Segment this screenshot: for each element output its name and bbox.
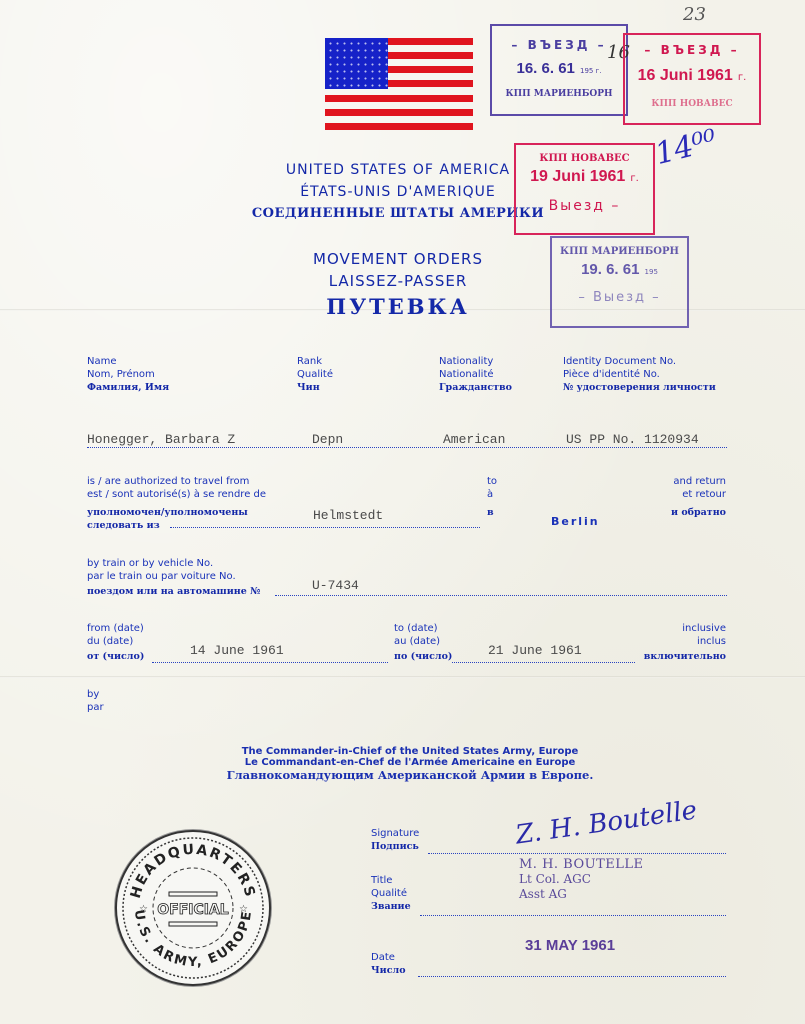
return-label: and returnet retourи обратно: [620, 475, 726, 519]
issue-date-stamp: 31 MAY 1961: [525, 937, 615, 954]
svg-text:HEADQUARTERS: HEADQUARTERS: [128, 842, 258, 901]
travel-to-value: Berlin: [551, 515, 600, 528]
exit-stamp-marienborn: КПП МАРИЕНБОРН 19. 6. 61 195 – Выезд –: [550, 236, 689, 328]
rank-value: Depn: [312, 432, 343, 447]
row-line: [170, 527, 480, 528]
travel-from-value: Helmstedt: [313, 508, 383, 523]
handwritten-signature: Z. H. Boutelle: [514, 795, 699, 850]
vehicle-label: by train or by vehicle No.par le train o…: [87, 557, 260, 598]
identity-label: Identity Document No.Pièce d'identité No…: [563, 355, 716, 394]
row-line: [275, 595, 727, 596]
signatory-block: M. H. BOUTELLE Lt Col. AGC Asst AG: [519, 857, 644, 902]
signature-label: SignatureПодпись: [371, 827, 419, 853]
fold-line: [0, 676, 805, 678]
vehicle-value: U-7434: [312, 578, 359, 593]
name-value: Honegger, Barbara Z: [87, 432, 235, 447]
exit-stamp-novaves: КПП НОВАВЕС 19 Juni 1961 г. Выезд –: [514, 143, 655, 235]
official-seal-icon: HEADQUARTERS U.S. ARMY, EUROPE ☆ ☆ OFFIC…: [115, 830, 271, 986]
row-line: [418, 976, 726, 977]
rank-label: RankQualitéЧин: [297, 355, 333, 394]
date-to-value: 21 June 1961: [488, 643, 582, 658]
row-line: [152, 662, 388, 663]
row-line: [452, 662, 635, 663]
authority: The Commander-in-Chief of the United Sta…: [200, 746, 620, 782]
travel-from-label: is / are authorized to travel from est /…: [87, 475, 266, 532]
country-en: UNITED STATES OF AMERICA: [238, 162, 558, 178]
identity-value: US PP No. 1120934: [566, 432, 699, 447]
title-label: TitleQualitéЗвание: [371, 874, 411, 913]
svg-text:☆: ☆: [239, 904, 248, 915]
travel-to-label: toàв: [487, 475, 497, 519]
name-label: NameNom, PrénomФамилия, Имя: [87, 355, 169, 394]
date-to-label: to (date)au (date)по (число): [394, 622, 452, 663]
row-line: [420, 915, 726, 916]
entry-stamp-marienborn: – ВЪЕЗД – 16. 6. 61 195 г. КПП МАРИЕНБОР…: [490, 24, 628, 116]
inclusive-label: inclusiveinclusвключительно: [620, 622, 726, 663]
row-line: [428, 853, 726, 854]
us-flag-icon: [325, 38, 473, 130]
row-line: [87, 447, 727, 448]
country-fr: ÉTATS-UNIS D'AMERIQUE: [238, 184, 558, 200]
date-label: DateЧисло: [371, 951, 406, 977]
date-from-value: 14 June 1961: [190, 643, 284, 658]
title-ru: ПУТЕВКА: [238, 294, 558, 319]
nationality-label: NationalityNationalitéГражданство: [439, 355, 512, 394]
svg-text:☆: ☆: [139, 904, 148, 915]
by-label: bypar: [87, 688, 104, 714]
title-fr: LAISSEZ-PASSER: [238, 272, 558, 290]
date-from-label: from (date)du (date)от (число): [87, 622, 144, 663]
page-number: 23: [683, 4, 706, 25]
title-en: MOVEMENT ORDERS: [238, 250, 558, 268]
country-ru: СОЕДИНЕННЫЕ ШТАТЫ АМЕРИКИ: [238, 206, 558, 221]
handwritten-time: 14⁰⁰: [652, 123, 721, 172]
entry-stamp-novaves: – ВЪЕЗД – 16 Juni 1961 г. КПП НОВАВЕС: [623, 33, 761, 125]
svg-text:OFFICIAL: OFFICIAL: [157, 902, 229, 918]
nationality-value: American: [443, 432, 505, 447]
